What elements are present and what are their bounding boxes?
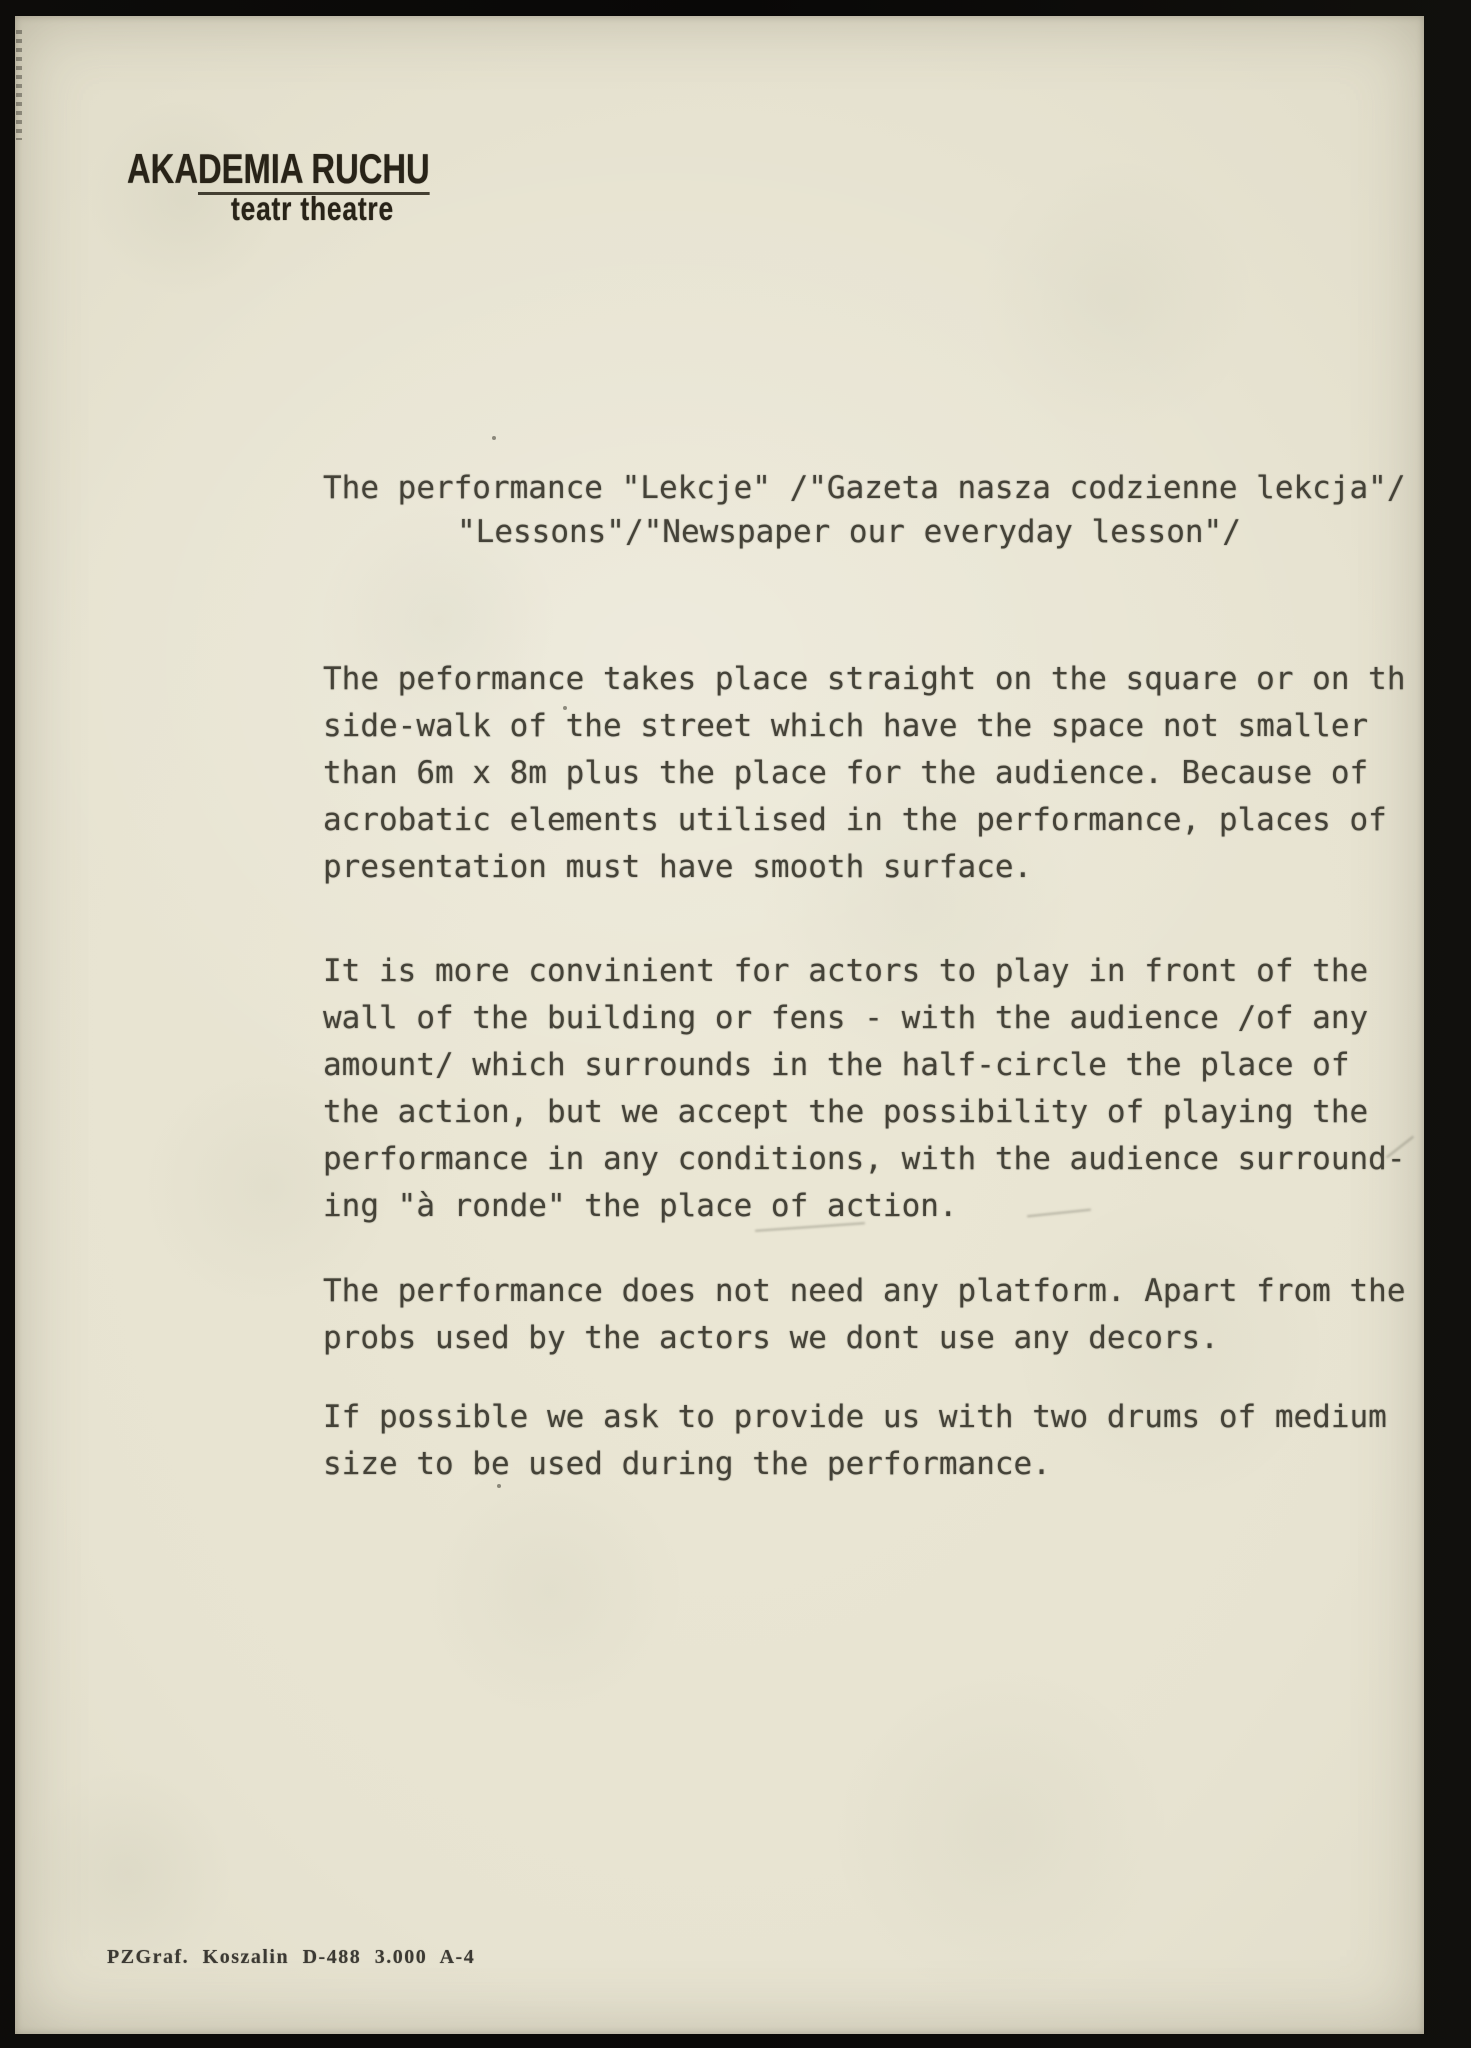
typed-line: probs used by the actors we dont use any… <box>323 1315 1406 1362</box>
scan-edge-marks <box>16 30 22 140</box>
typed-line: performance in any conditions, with the … <box>323 1136 1406 1183</box>
typed-line: size to be used during the performance. <box>323 1441 1387 1488</box>
paragraph-4: If possible we ask to provide us with tw… <box>323 1394 1387 1488</box>
typed-line: The peformance takes place straight on t… <box>323 656 1406 703</box>
typed-line: the action, but we accept the possibilit… <box>323 1089 1406 1136</box>
logo-akademia-ruchu: AKADEMIA RUCHU teatr theatre <box>127 148 515 226</box>
paper-sheet: AKADEMIA RUCHU teatr theatre The perform… <box>15 16 1424 2034</box>
typed-line: wall of the building or fens - with the … <box>323 995 1406 1042</box>
logo-name-part2-underlined: DEMIA RUCHU <box>198 145 430 195</box>
typed-line: If possible we ask to provide us with tw… <box>323 1394 1387 1441</box>
title-line-2: "Lessons"/"Newspaper our everyday lesson… <box>457 510 1406 554</box>
typed-line: than 6m x 8m plus the place for the audi… <box>323 750 1406 797</box>
typed-line: amount/ which surrounds in the half-circ… <box>323 1042 1406 1089</box>
ink-speck <box>497 1484 501 1488</box>
ink-speck <box>492 436 496 440</box>
typed-line: The performance does not need any platfo… <box>323 1268 1406 1315</box>
paragraph-2: It is more convinient for actors to play… <box>323 948 1406 1230</box>
typed-line: acrobatic elements utilised in the perfo… <box>323 797 1406 844</box>
printer-imprint: PZGraf. Koszalin D-488 3.000 A-4 <box>107 1946 475 1969</box>
logo-name-part1: AKA <box>127 145 198 192</box>
logo-name: AKADEMIA RUCHU <box>127 148 430 190</box>
typed-line: presentation must have smooth surface. <box>323 844 1406 891</box>
logo-subtitle: teatr theatre <box>231 192 458 226</box>
title-line-1: The performance "Lekcje" /"Gazeta nasza … <box>323 466 1406 510</box>
ink-speck <box>563 706 567 710</box>
paragraph-3: The performance does not need any platfo… <box>323 1268 1406 1362</box>
document-title: The performance "Lekcje" /"Gazeta nasza … <box>323 466 1406 554</box>
typed-line: side-walk of the street which have the s… <box>323 703 1406 750</box>
paragraph-1: The peformance takes place straight on t… <box>323 656 1406 891</box>
typed-line: It is more convinient for actors to play… <box>323 948 1406 995</box>
